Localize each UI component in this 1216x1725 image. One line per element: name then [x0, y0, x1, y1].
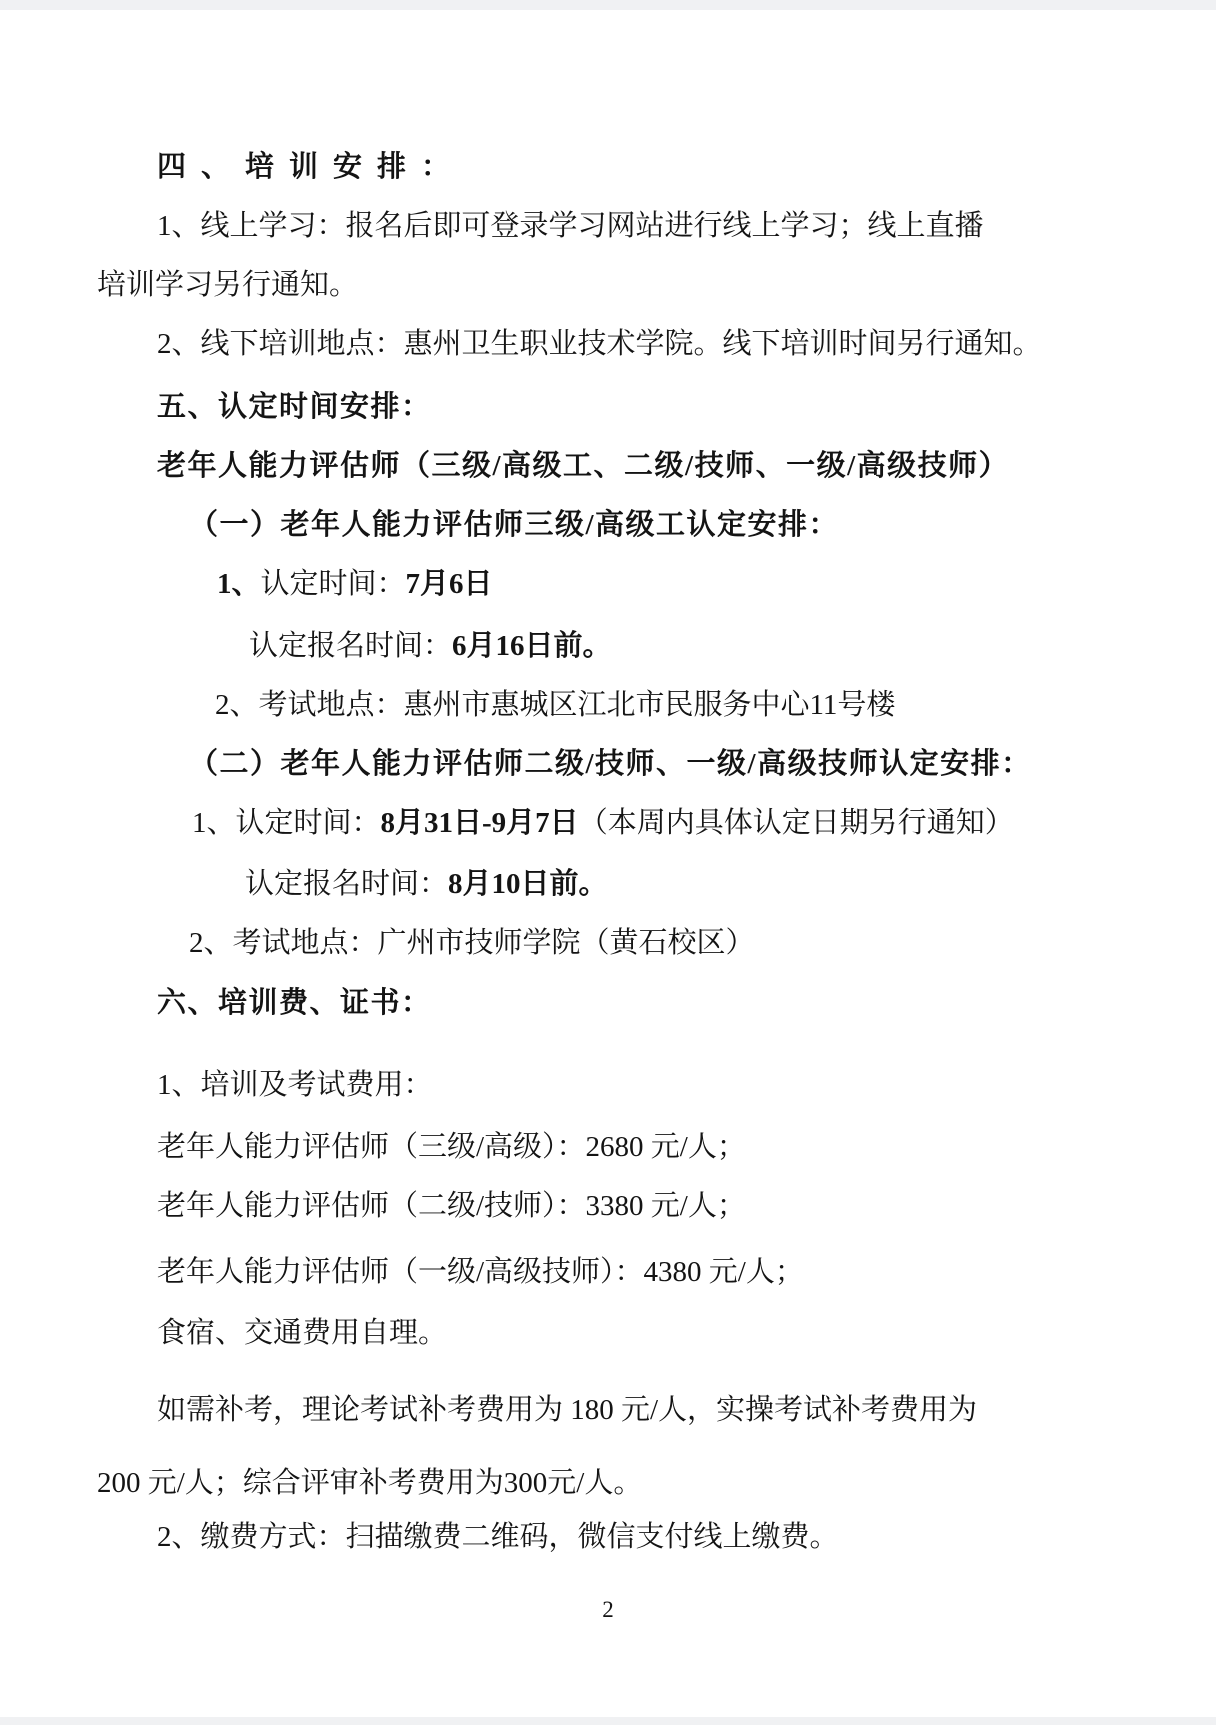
fees-intro-line: 1、培训及考试费用：	[157, 1056, 1118, 1115]
online-learning-line: 1、线上学习：报名后即可登录学习网站进行线上学习；线上直播	[157, 197, 1118, 256]
self-pay-line: 食宿、交通费用自理。	[157, 1304, 1118, 1363]
fee-level3-line: 老年人能力评估师（三级/高级）：2680 元/人；	[157, 1118, 1118, 1177]
fee-level2-line: 老年人能力评估师（二级/技师）：3380 元/人；	[157, 1177, 1118, 1236]
fee-level1-line: 老年人能力评估师（一级/高级技师）：4380 元/人；	[157, 1243, 1118, 1302]
part2-signup-label: 认定报名时间：	[245, 868, 448, 900]
document-content: 四、培训安排： 1、线上学习：报名后即可登录学习网站进行线上学习；线上直播 培训…	[97, 138, 1118, 1567]
part2-time-value: 8月31日-9月7日	[381, 807, 579, 839]
payment-line: 2、缴费方式：扫描缴费二维码，微信支付线上缴费。	[157, 1508, 1118, 1567]
part1-time-value: 7月6日	[406, 568, 493, 600]
viewer-top-edge	[0, 0, 1216, 10]
part2-heading: （二）老年人能力评估师二级/技师、一级/高级技师认定安排：	[189, 735, 1118, 794]
part1-location-line: 2、考试地点：惠州市惠城区江北市民服务中心11号楼	[215, 676, 1118, 735]
part1-time-number: 1、	[217, 568, 261, 600]
part2-time-label: 1、认定时间：	[192, 807, 381, 839]
online-learning-continuation: 培训学习另行通知。	[97, 256, 1118, 315]
section5-subtitle: 老年人能力评估师（三级/高级工、二级/技师、一级/高级技师）	[157, 437, 1118, 496]
part1-time-label: 认定时间：	[261, 568, 406, 600]
part2-location-line: 2、考试地点：广州市技师学院（黄石校区）	[189, 914, 1118, 973]
page-number: 2	[0, 1592, 1216, 1628]
offline-training-line: 2、线下培训地点：惠州卫生职业技术学院。线下培训时间另行通知。	[157, 315, 1118, 374]
section5-heading: 五、认定时间安排：	[157, 378, 1118, 437]
part2-signup-line: 认定报名时间：8月10日前。	[245, 855, 1118, 914]
viewer-bottom-edge	[0, 1717, 1216, 1725]
part1-time-line: 1、认定时间：7月6日	[217, 555, 1118, 614]
part2-time-line: 1、认定时间：8月31日-9月7日（本周内具体认定日期另行通知）	[192, 794, 1118, 853]
section6-heading: 六、培训费、证书：	[157, 974, 1118, 1033]
part1-signup-line: 认定报名时间：6月16日前。	[249, 617, 1118, 676]
part1-signup-value: 6月16日前。	[452, 630, 612, 662]
part1-heading: （一）老年人能力评估师三级/高级工认定安排：	[189, 496, 1118, 555]
part2-signup-value: 8月10日前。	[448, 868, 608, 900]
retake-line-1: 如需补考，理论考试补考费用为 180 元/人，实操考试补考费用为	[157, 1381, 1118, 1440]
retake-line-2: 200 元/人；综合评审补考费用为300元/人。	[97, 1454, 1118, 1513]
section4-heading: 四、培训安排：	[157, 138, 1118, 197]
part1-signup-label: 认定报名时间：	[249, 630, 452, 662]
document-page: 四、培训安排： 1、线上学习：报名后即可登录学习网站进行线上学习；线上直播 培训…	[0, 0, 1216, 1725]
part2-time-note: （本周内具体认定日期另行通知）	[579, 807, 1014, 839]
